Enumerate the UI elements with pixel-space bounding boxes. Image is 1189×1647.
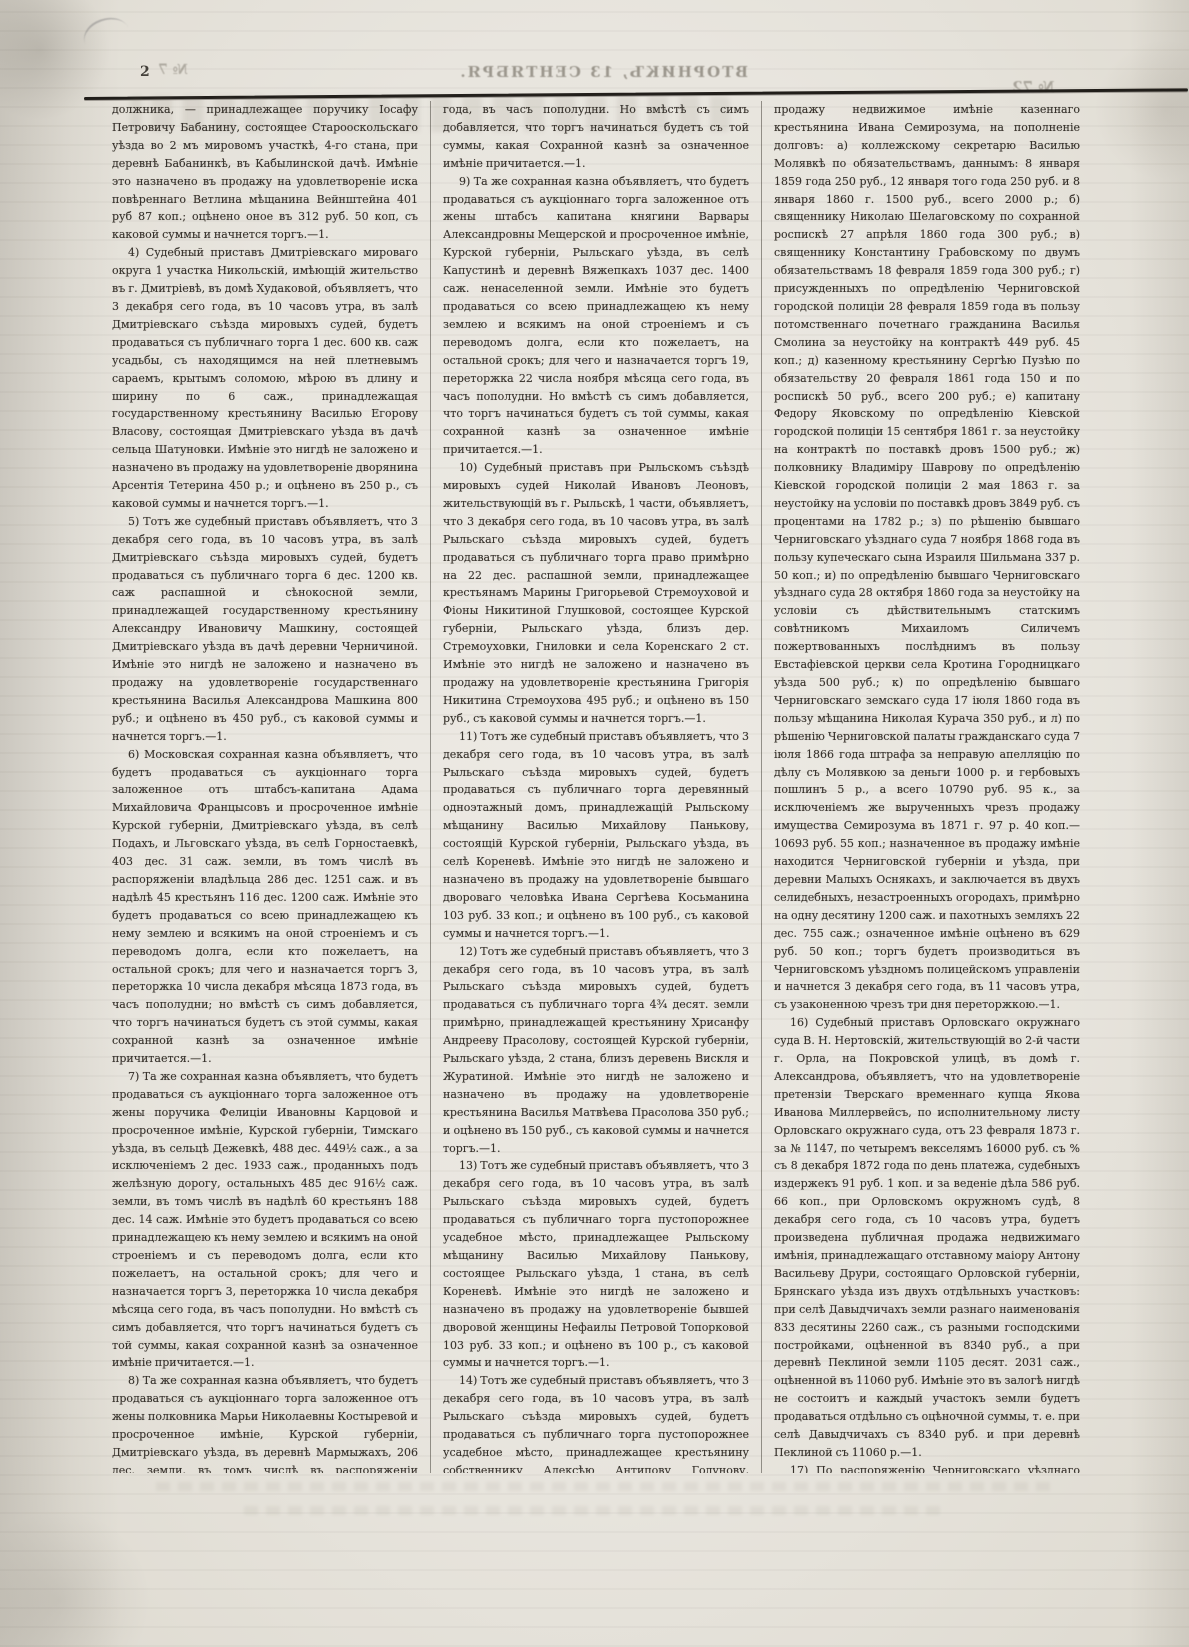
ghost-showthrough-line [240, 1506, 940, 1515]
body-paragraph: года, въ часъ пополудни. Но вмѣстѣ съ си… [443, 101, 749, 173]
pencil-mark [78, 9, 136, 62]
ghost-issue-number-left: № 7 [158, 62, 188, 78]
body-paragraph: 17) По распоряженію Черниговскаго уѣздна… [774, 1462, 1080, 1473]
body-paragraph: 5) Тотъ же судебный приставъ объявляетъ,… [112, 513, 418, 746]
ghost-showthrough-line [150, 1482, 1050, 1491]
newspaper-page: 2 № 7 ВТОРНИКЪ, 13 СЕНТЯБРЯ. № 72 должни… [0, 0, 1189, 1647]
body-paragraph: продажу недвижимое имѣніе казеннаго крес… [774, 101, 1080, 1014]
page-number: 2 [140, 64, 152, 80]
body-paragraph: 9) Та же сохранная казна объявляетъ, что… [443, 173, 749, 460]
body-paragraph: 16) Судебный приставъ Орловскаго окружна… [774, 1014, 1080, 1462]
ghost-issue-number-right: № 72 [1012, 78, 1054, 96]
body-paragraph: должника, — принадлежащее поручику Іосаф… [112, 101, 418, 244]
ghost-dateline: ВТОРНИКЪ, 13 СЕНТЯБРЯ. [498, 63, 748, 81]
body-paragraph: 10) Судебный приставъ при Рыльскомъ съѣз… [443, 459, 749, 728]
column-middle: года, въ часъ пополудни. Но вмѣстѣ съ си… [430, 101, 749, 1473]
body-paragraph: 11) Тотъ же судебный приставъ объявляетъ… [443, 728, 749, 943]
body-paragraph: 6) Московская сохранная казна объявляетъ… [112, 746, 418, 1068]
text-columns: должника, — принадлежащее поручику Іосаф… [112, 101, 1080, 1473]
body-paragraph: 7) Та же сохранная казна объявляетъ, что… [112, 1068, 418, 1372]
column-left: должника, — принадлежащее поручику Іосаф… [112, 101, 418, 1473]
body-paragraph: 8) Та же сохранная казна объявляетъ, что… [112, 1372, 418, 1473]
column-right: продажу недвижимое имѣніе казеннаго крес… [761, 101, 1080, 1473]
body-paragraph: 4) Судебный приставъ Дмитріевскаго миров… [112, 244, 418, 513]
body-paragraph: 13) Тотъ же судебный приставъ объявляетъ… [443, 1157, 749, 1372]
body-paragraph: 14) Тотъ же судебный приставъ объявляетъ… [443, 1372, 749, 1473]
body-paragraph: 12) Тотъ же судебный приставъ объявляетъ… [443, 943, 749, 1158]
